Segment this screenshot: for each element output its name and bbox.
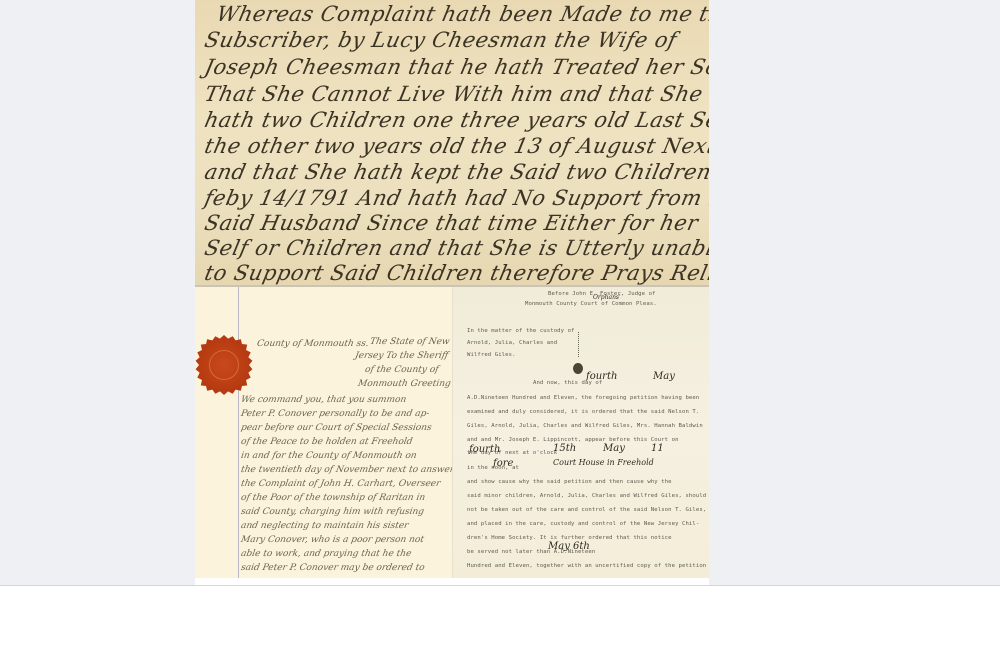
doc-line: the other two years old the 13 of August… — [202, 134, 709, 158]
margin-line — [238, 287, 239, 578]
doc-line: not be taken out of the care and control… — [467, 507, 706, 513]
handwritten-fill: 11 — [651, 443, 664, 454]
doc-line: Subscriber, by Lucy Cheesman the Wife of — [202, 28, 679, 52]
doc-line: said minor children, Arnold, Julia, Char… — [467, 493, 706, 499]
doc-line: and neglecting to maintain his sister — [240, 521, 409, 531]
doc-line: We command you, that you summon — [240, 395, 407, 405]
handwritten-fill: May — [653, 371, 675, 382]
doc-line: Self or Children and that She is Utterly… — [202, 236, 709, 260]
doc-line: of the Poor of the township of Raritan i… — [240, 493, 426, 503]
doc-line: pear before our Court of Special Session… — [240, 423, 432, 433]
handwritten-annotation: Orphans' — [593, 294, 621, 301]
doc-line: Said Husband Since that time Either for … — [202, 211, 700, 235]
doc-line: able to work, and praying that he the — [240, 549, 412, 559]
handwritten-fill: May — [603, 443, 625, 454]
doc-line: the Complaint of John H. Carhart, Overse… — [240, 479, 441, 489]
doc-line: That She Cannot Live With him and that S… — [202, 82, 705, 106]
matter-line: Arnold, Julia, Charles and — [467, 340, 557, 346]
doc-line: A.D.Nineteen Hundred and Eleven, the for… — [467, 395, 699, 401]
doc-header: County of Monmouth ss. — [256, 339, 369, 349]
ink-blot — [573, 363, 583, 374]
doc-line: Hundred and Eleven, together with an unc… — [467, 563, 706, 569]
doc-header: Monmouth County Court of Common Pleas. — [525, 301, 657, 307]
image-viewer-background: Whereas Complaint hath been Made to me t… — [0, 0, 1000, 586]
handwritten-fill: 15th — [553, 443, 576, 454]
doc-line: hath two Children one three years old La… — [202, 108, 709, 132]
handwritten-complaint-document: Whereas Complaint hath been Made to me t… — [195, 0, 709, 287]
image-bottom-edge — [195, 578, 709, 585]
doc-line: Joseph Cheesman that he hath Treated her… — [202, 55, 709, 79]
typewritten-court-order-document: Before John E. Foster, Judge of Orphans'… — [452, 287, 709, 578]
handwritten-fill: fore — [493, 458, 513, 469]
doc-line: Whereas Complaint hath been Made to me t… — [214, 2, 709, 26]
bracket-mark — [578, 332, 579, 357]
doc-line: said Peter P. Conover may be ordered to — [240, 563, 425, 573]
doc-header: Monmouth Greeting — [357, 379, 451, 389]
doc-line: the day of next at o'clock — [467, 450, 557, 456]
matter-line: In the matter of the custody of — [467, 328, 575, 334]
doc-line: and that She hath kept the Said two Chil… — [202, 160, 709, 184]
handwritten-summons-document: County of Monmouth ss. The State of New … — [195, 287, 452, 578]
doc-header: of the County of — [364, 365, 439, 375]
wax-seal-icon — [195, 335, 253, 395]
doc-line: of the Peace to be holden at Freehold — [240, 437, 413, 447]
doc-line: Mary Conover, who is a poor person not — [240, 535, 425, 545]
doc-header: The State of New — [369, 337, 450, 347]
doc-line: the twentieth day of November next to an… — [240, 465, 452, 475]
doc-line: examined and duly considered, it is orde… — [467, 409, 699, 415]
doc-line: to Support Said Children therefore Prays… — [202, 261, 709, 285]
doc-line: feby 14/1791 And hath had No Support fro… — [202, 186, 709, 210]
handwritten-fill: May 6th — [548, 541, 590, 552]
matter-line: Wilfred Giles. — [467, 352, 516, 358]
doc-header: Jersey To the Sheriff — [354, 351, 449, 361]
doc-line: said County, charging him with refusing — [240, 507, 425, 517]
doc-line: and placed in the care, custody and cont… — [467, 521, 699, 527]
handwritten-fill: fourth — [586, 371, 617, 382]
doc-line: in and for the County of Monmouth on — [240, 451, 417, 461]
handwritten-fill: Court House in Freehold — [553, 458, 654, 467]
doc-line: and show cause why the said petition and… — [467, 479, 672, 485]
doc-line: Peter P. Conover personally to be and ap… — [240, 409, 430, 419]
document-collage-image[interactable]: Whereas Complaint hath been Made to me t… — [195, 0, 709, 585]
doc-line: Giles, Arnold, Julia, Charles and Wilfre… — [467, 423, 703, 429]
